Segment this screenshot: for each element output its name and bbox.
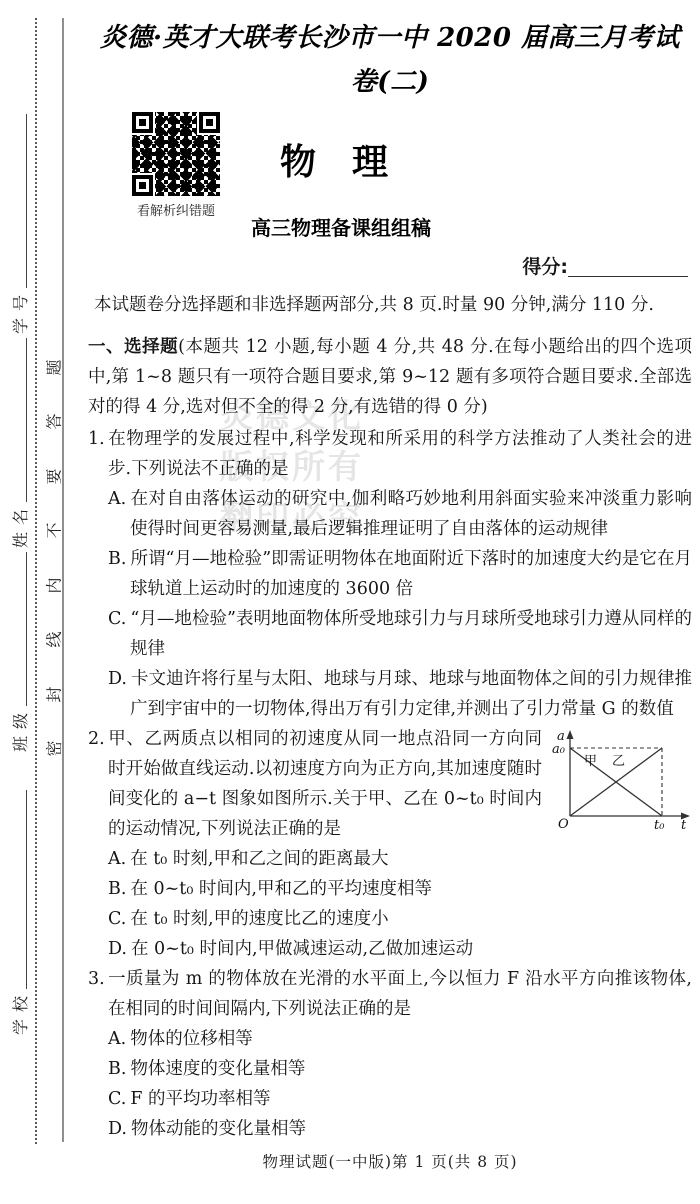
- score-label: 得分:: [522, 252, 568, 279]
- exam-page: { "page": { "title": "炎德·英才大联考长沙市一中 2020…: [0, 0, 700, 1204]
- question-1: 1.在物理学的发展过程中,科学发现和所采用的科学方法推动了人类社会的进步.下列说…: [88, 424, 692, 724]
- acceleration-time-graph: a a₀ 甲 乙 O t₀ t: [550, 726, 692, 832]
- axis-label-t0: t₀: [654, 818, 665, 832]
- section-heading-bold: 一、选择题: [88, 337, 178, 357]
- field-label: 班级: [8, 706, 31, 752]
- option-row: C.F 的平均功率相等: [108, 1084, 692, 1114]
- field-class: 班级: [7, 552, 31, 752]
- option-text: 物体的位移相等: [130, 1029, 253, 1049]
- seal-text-column: 题 答 要 不 内 线 封 密: [43, 356, 63, 760]
- seal-dotted-line: [35, 18, 37, 1144]
- main-content: 炎德·英才大联考长沙市一中 2020 届高三月考试卷(二) 看解析纠错题 物 理…: [88, 0, 692, 1144]
- field-label: 学校: [8, 989, 31, 1035]
- qr-finder-icon: [199, 112, 220, 133]
- option-text: 所谓“月—地检验”即需证明物体在地面附近下落时的加速度大约是它在月球轨道上运动时…: [130, 549, 692, 599]
- option-text: 在 t₀ 时刻,甲的速度比乙的速度小: [130, 909, 388, 929]
- question-stem-text: 在物理学的发展过程中,科学发现和所采用的科学方法推动了人类社会的进步.下列说法不…: [108, 429, 692, 479]
- option-row: C.“月—地检验”表明地面物体所受地球引力与月球所受地球引力遵从同样的规律: [108, 604, 692, 664]
- option-text: 物体动能的变化量相等: [131, 1119, 306, 1139]
- option-text: 在 0~t₀ 时间内,甲和乙的平均速度相等: [130, 879, 432, 899]
- qr-finder-icon: [132, 112, 153, 133]
- option-text: 物体速度的变化量相等: [130, 1059, 305, 1079]
- seal-margin: 学号 姓名 班级 学校 题 答 要 不 内 线 封 密: [0, 0, 88, 1204]
- option-text: 在对自由落体运动的研究中,伽利略巧妙地利用斜面实验来冲淡重力影响使得时间更容易测…: [130, 489, 692, 539]
- field-name: 姓名: [7, 338, 31, 548]
- field-label: 学号: [8, 288, 31, 334]
- seal-char: 要: [41, 468, 64, 484]
- option-row: B.在 0~t₀ 时间内,甲和乙的平均速度相等: [108, 874, 692, 904]
- question-stem-text: 一质量为 m 的物体放在光滑的水平面上,今以恒力 F 沿水平方向推该物体,在相同…: [108, 969, 692, 1019]
- axis-label-t: t: [681, 818, 687, 832]
- page-footer: 物理试题(一中版)第 1 页(共 8 页): [88, 1150, 692, 1172]
- seal-char: 封: [41, 686, 64, 702]
- series-label-yi: 乙: [612, 754, 625, 769]
- question-number: 3.: [88, 969, 108, 989]
- field-blank-line: [26, 790, 27, 989]
- option-label: B.: [108, 549, 130, 569]
- option-row: A.物体的位移相等: [108, 1024, 692, 1054]
- option-row: B.物体速度的变化量相等: [108, 1054, 692, 1084]
- option-label: D.: [108, 669, 131, 689]
- seal-char: 答: [41, 414, 64, 430]
- series-label-jia: 甲: [584, 754, 597, 769]
- option-text: 卡文迪许将行星与太阳、地球与月球、地球与地面物体之间的引力规律推广到宇宙中的一切…: [130, 669, 692, 719]
- option-row: D.卡文迪许将行星与太阳、地球与月球、地球与地面物体之间的引力规律推广到宇宙中的…: [108, 664, 692, 724]
- question-stem-text: 甲、乙两质点以相同的初速度从同一地点沿同一方向同时开始做直线运动.以初速度方向为…: [108, 729, 542, 839]
- option-label: A.: [108, 849, 130, 869]
- option-text: 在 t₀ 时刻,甲和乙之间的距离最大: [130, 849, 388, 869]
- score-row: 得分:: [522, 252, 688, 279]
- seal-char: 题: [41, 359, 64, 375]
- option-row: C.在 t₀ 时刻,甲的速度比乙的速度小: [108, 904, 692, 934]
- option-label: C.: [108, 609, 130, 629]
- section-heading: 一、选择题(本题共 12 小题,每小题 4 分,共 48 分.在每小题给出的四个…: [88, 332, 692, 422]
- score-blank-line: [568, 276, 688, 277]
- option-label: D.: [108, 939, 131, 959]
- question-number: 1.: [88, 429, 108, 449]
- option-label: C.: [108, 1089, 130, 1109]
- field-student-id: 学号: [7, 114, 31, 334]
- option-label: D.: [108, 1119, 131, 1139]
- seal-char: 密: [41, 740, 64, 756]
- option-text: 在 0~t₀ 时间内,甲做减速运动,乙做加速运动: [131, 939, 473, 959]
- option-row: B.所谓“月—地检验”即需证明物体在地面附近下落时的加速度大约是它在月球轨道上运…: [108, 544, 692, 604]
- option-row: A.在对自由落体运动的研究中,伽利略巧妙地利用斜面实验来冲淡重力影响使得时间更容…: [108, 484, 692, 544]
- question-stem: 3.一质量为 m 的物体放在光滑的水平面上,今以恒力 F 沿水平方向推该物体,在…: [88, 964, 692, 1024]
- section-heading-rest: (本题共 12 小题,每小题 4 分,共 48 分.在每小题给出的四个选项中,第…: [88, 337, 692, 417]
- exam-title: 炎德·英才大联考长沙市一中 2020 届高三月考试卷(二): [88, 16, 692, 104]
- option-label: A.: [108, 489, 130, 509]
- option-text: F 的平均功率相等: [130, 1089, 270, 1109]
- option-text: “月—地检验”表明地面物体所受地球引力与月球所受地球引力遵从同样的规律: [130, 609, 692, 659]
- option-label: B.: [108, 1059, 130, 1079]
- option-row: A.在 t₀ 时刻,甲和乙之间的距离最大: [108, 844, 692, 874]
- seal-char: 不: [41, 523, 64, 539]
- option-label: A.: [108, 1029, 130, 1049]
- question-3: 3.一质量为 m 的物体放在光滑的水平面上,今以恒力 F 沿水平方向推该物体,在…: [88, 964, 692, 1144]
- field-school: 学校: [7, 790, 31, 1035]
- seal-char: 内: [41, 577, 64, 593]
- field-label: 姓名: [8, 502, 31, 548]
- option-row: D.在 0~t₀ 时间内,甲做减速运动,乙做加速运动: [108, 934, 692, 964]
- subject-title: 物 理: [88, 134, 580, 185]
- header-block: 看解析纠错题 物 理 高三物理备课组组稿 得分:: [88, 104, 692, 286]
- intro-paragraph: 本试题卷分选择题和非选择题两部分,共 8 页.时量 90 分钟,满分 110 分…: [88, 290, 692, 320]
- question-2: a a₀ 甲 乙 O t₀ t 2.甲、乙两质点以相同的初速度从同一地点沿同一方…: [88, 724, 692, 964]
- question-number: 2.: [88, 729, 108, 749]
- field-blank-line: [26, 114, 27, 288]
- byline: 高三物理备课组组稿: [88, 212, 594, 241]
- option-label: B.: [108, 879, 130, 899]
- field-blank-line: [26, 552, 27, 706]
- option-row: D.物体动能的变化量相等: [108, 1114, 692, 1144]
- origin-label: O: [558, 817, 569, 832]
- option-label: C.: [108, 909, 130, 929]
- axis-label-a0: a₀: [552, 742, 566, 757]
- field-blank-line: [26, 338, 27, 502]
- question-stem: 1.在物理学的发展过程中,科学发现和所采用的科学方法推动了人类社会的进步.下列说…: [88, 424, 692, 484]
- seal-char: 线: [41, 632, 64, 648]
